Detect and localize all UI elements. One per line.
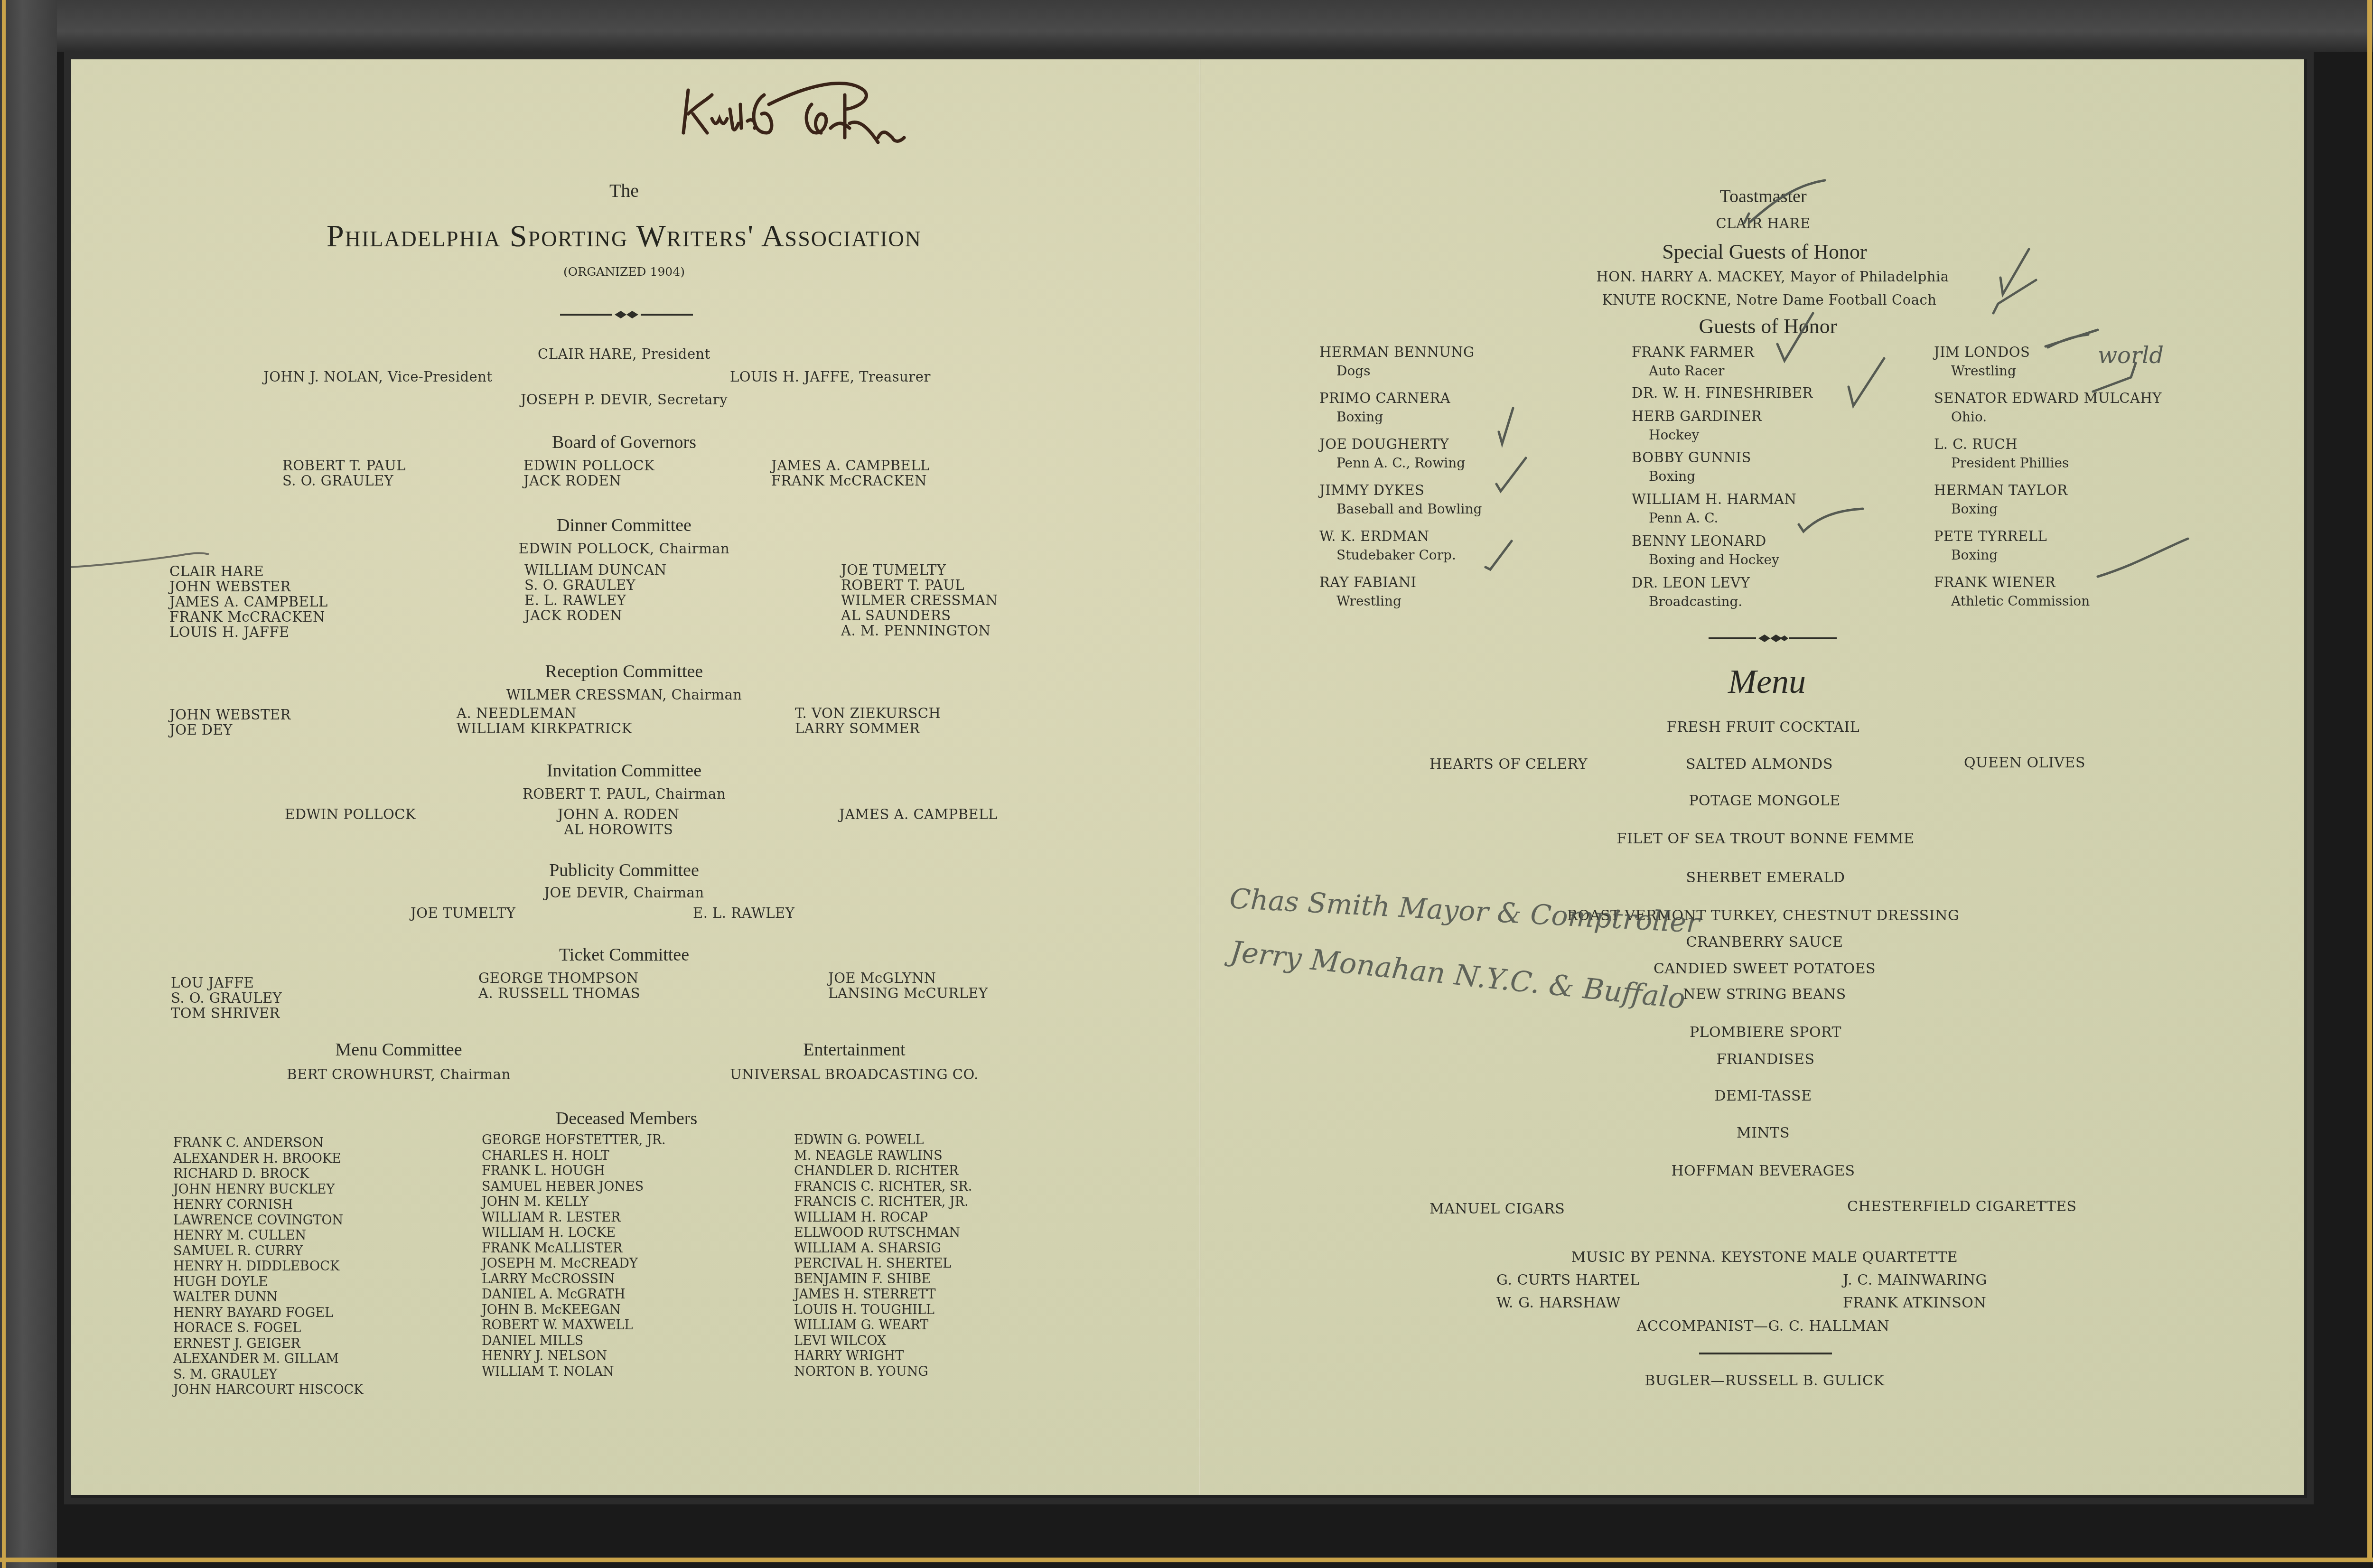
quartet-member: G. CURTS HARTEL — [1496, 1272, 1640, 1288]
deceased-member: ROBERT W. MAXWELL — [482, 1318, 666, 1334]
dinner-committee-chairman: EDWIN POLLOCK, Chairman — [519, 541, 729, 556]
dinner-col-1: CLAIR HARE JOHN WEBSTER JAMES A. CAMPBEL… — [169, 564, 328, 640]
deceased-col-1: FRANK C. ANDERSON ALEXANDER H. BROOKE RI… — [173, 1136, 363, 1398]
frame-left-rail — [0, 0, 57, 1568]
frame-top-rail — [0, 0, 2373, 52]
deceased-member: FRANCIS C. RICHTER, JR. — [794, 1195, 972, 1210]
menu-item: CRANBERRY SAUCE — [1686, 934, 1843, 951]
deceased-col-3: EDWIN G. POWELL M. NEAGLE RAWLINS CHANDL… — [794, 1133, 972, 1380]
music-heading: MUSIC BY PENNA. KEYSTONE MALE QUARTETTE — [1571, 1249, 1958, 1266]
invitation-committee-chairman: ROBERT T. PAUL, Chairman — [523, 786, 726, 802]
deceased-member: FRANK C. ANDERSON — [173, 1136, 363, 1151]
deceased-member: JOHN M. KELLY — [482, 1195, 666, 1210]
committee-member: GEORGE THOMPSON — [478, 971, 640, 986]
deceased-member: WILLIAM A. SHARSIG — [794, 1241, 972, 1257]
deceased-member: WALTER DUNN — [173, 1290, 363, 1306]
association-title: Philadelphia Sporting Writers' Associati… — [327, 218, 922, 254]
organized-date: (ORGANIZED 1904) — [563, 265, 685, 279]
pencil-checkmarks-icon: world — [1281, 171, 2302, 622]
deceased-members-heading: Deceased Members — [556, 1108, 698, 1129]
board-col-1: ROBERT T. PAUL S. O. GRAULEY — [282, 458, 406, 488]
board-member: EDWIN POLLOCK — [523, 458, 654, 473]
board-col-2: EDWIN POLLOCK JACK RODEN — [523, 458, 654, 488]
deceased-member: EDWIN G. POWELL — [794, 1133, 972, 1148]
menu-item: FILET OF SEA TROUT BONNE FEMME — [1617, 831, 1915, 847]
deceased-member: WILLIAM T. NOLAN — [482, 1364, 666, 1380]
deceased-member: JAMES H. STERRETT — [794, 1287, 972, 1303]
deceased-member: DANIEL A. McGRATH — [482, 1287, 666, 1303]
deceased-member: HENRY H. DIDDLEBOCK — [173, 1259, 363, 1275]
deceased-member: CHARLES H. HOLT — [482, 1148, 666, 1164]
deceased-member: HORACE S. FOGEL — [173, 1321, 363, 1336]
reception-col-1: JOHN WEBSTER JOE DEY — [169, 707, 291, 737]
menu-item: NEW STRING BEANS — [1683, 986, 1846, 1003]
gold-trim-left — [2, 0, 6, 1568]
committee-member: JOHN WEBSTER — [169, 579, 328, 594]
committee-member: S. O. GRAULEY — [524, 578, 667, 593]
deceased-member: WILLIAM G. WEART — [794, 1318, 972, 1334]
reception-col-3: T. VON ZIEKURSCH LARRY SOMMER — [795, 706, 941, 736]
menu-item: MINTS — [1737, 1125, 1790, 1141]
menu-heading: Menu — [1728, 662, 1806, 701]
gold-trim-right — [2367, 0, 2372, 1561]
officer-president: CLAIR HARE, President — [538, 346, 710, 362]
publicity-member: E. L. RAWLEY — [693, 905, 794, 921]
committee-member: JOHN WEBSTER — [169, 707, 291, 722]
center-fold — [1199, 59, 1201, 1495]
menu-item: POTAGE MONGOLE — [1689, 793, 1840, 809]
knute-rockne-signature-icon — [674, 76, 1101, 171]
deceased-member: ERNEST J. GEIGER — [173, 1336, 363, 1352]
deceased-member: HENRY M. CULLEN — [173, 1228, 363, 1244]
menu-item: FRIANDISES — [1716, 1051, 1814, 1068]
deceased-member: JOHN B. McKEEGAN — [482, 1303, 666, 1318]
menu-item: CANDIED SWEET POTATOES — [1654, 961, 1876, 977]
committee-member: TOM SHRIVER — [171, 1006, 282, 1021]
menu-committee-chairman: BERT CROWHURST, Chairman — [287, 1067, 511, 1082]
committee-member: JOE DEY — [169, 722, 291, 737]
invitation-col-2: JOHN A. RODEN AL HOROWITS — [558, 807, 680, 837]
deceased-member: NORTON B. YOUNG — [794, 1364, 972, 1380]
deceased-member: LEVI WILCOX — [794, 1334, 972, 1349]
invitation-committee-heading: Invitation Committee — [547, 760, 701, 781]
reception-committee-heading: Reception Committee — [545, 661, 703, 682]
menu-item: DEMI-TASSE — [1714, 1088, 1812, 1104]
invitation-col-3: JAMES A. CAMPBELL — [839, 807, 998, 822]
ornament-divider-icon — [1709, 631, 1837, 645]
bugler: BUGLER—RUSSELL B. GULICK — [1645, 1372, 1885, 1389]
ticket-committee-heading: Ticket Committee — [559, 944, 689, 965]
deceased-member: ALEXANDER H. BROOKE — [173, 1151, 363, 1167]
deceased-col-2: GEORGE HOFSTETTER, JR. CHARLES H. HOLT F… — [482, 1133, 666, 1380]
committee-member: WILLIAM KIRKPATRICK — [457, 721, 632, 736]
deceased-member: WILLIAM H. ROCAP — [794, 1210, 972, 1226]
deceased-member: HENRY BAYARD FOGEL — [173, 1306, 363, 1321]
divider-line — [1699, 1353, 1832, 1354]
deceased-member: HARRY WRIGHT — [794, 1349, 972, 1364]
committee-member: LOU JAFFE — [171, 975, 282, 990]
ticket-col-1: LOU JAFFE S. O. GRAULEY TOM SHRIVER — [171, 975, 282, 1021]
deceased-member: WILLIAM R. LESTER — [482, 1210, 666, 1226]
deceased-member: WILLIAM H. LOCKE — [482, 1225, 666, 1241]
invitation-col-1: EDWIN POLLOCK — [285, 807, 416, 822]
menu-item: PLOMBIERE SPORT — [1690, 1024, 1841, 1041]
committee-member: A. RUSSELL THOMAS — [478, 986, 640, 1001]
ticket-col-2: GEORGE THOMPSON A. RUSSELL THOMAS — [478, 971, 640, 1001]
dinner-committee-heading: Dinner Committee — [557, 515, 691, 536]
committee-member: FRANK McCRACKEN — [169, 609, 328, 625]
board-member: FRANK McCRACKEN — [771, 473, 930, 488]
officer-vice-president: JOHN J. NOLAN, Vice-President — [263, 369, 493, 384]
committee-member: JOHN A. RODEN — [558, 807, 680, 822]
deceased-member: HENRY CORNISH — [173, 1197, 363, 1213]
deceased-member: LARRY McCROSSIN — [482, 1272, 666, 1288]
menu-item: MANUEL CIGARS — [1429, 1201, 1565, 1217]
deceased-member: S. M. GRAULEY — [173, 1367, 363, 1383]
title-prefix: The — [609, 179, 639, 202]
committee-member: ROBERT T. PAUL — [841, 578, 998, 593]
entertainment-heading: Entertainment — [803, 1039, 905, 1060]
board-member: S. O. GRAULEY — [282, 473, 406, 488]
publicity-member: JOE TUMELTY — [411, 905, 515, 921]
committee-member: WILLIAM DUNCAN — [524, 562, 667, 578]
menu-item: SALTED ALMONDS — [1686, 756, 1833, 773]
committee-member: A. M. PENNINGTON — [841, 623, 998, 638]
officer-treasurer: LOUIS H. JAFFE, Treasurer — [730, 369, 931, 384]
committee-member: CLAIR HARE — [169, 564, 328, 579]
committee-member: JAMES A. CAMPBELL — [169, 594, 328, 609]
menu-item: CHESTERFIELD CIGARETTES — [1847, 1198, 2077, 1215]
deceased-member: BENJAMIN F. SHIBE — [794, 1272, 972, 1288]
deceased-member: SAMUEL HEBER JONES — [482, 1179, 666, 1195]
deceased-member: FRANCIS C. RICHTER, SR. — [794, 1179, 972, 1195]
reception-committee-chairman: WILMER CRESSMAN, Chairman — [506, 687, 742, 702]
deceased-member: HENRY J. NELSON — [482, 1349, 666, 1364]
deceased-member: LOUIS H. TOUGHILL — [794, 1303, 972, 1318]
menu-item: FRESH FRUIT COCKTAIL — [1667, 719, 1859, 736]
deceased-member: JOHN HENRY BUCKLEY — [173, 1182, 363, 1198]
accompanist: ACCOMPANIST—G. C. HALLMAN — [1637, 1318, 1889, 1335]
officer-secretary: JOSEPH P. DEVIR, Secretary — [521, 392, 728, 407]
entertainment-value: UNIVERSAL BROADCASTING CO. — [730, 1067, 979, 1082]
deceased-member: JOHN HARCOURT HISCOCK — [173, 1382, 363, 1398]
board-member: JAMES A. CAMPBELL — [771, 458, 930, 473]
ornament-divider-icon — [560, 308, 693, 322]
committee-member: JOE TUMELTY — [841, 562, 998, 578]
dinner-col-2: WILLIAM DUNCAN S. O. GRAULEY E. L. RAWLE… — [524, 562, 667, 623]
committee-member: AL HOROWITS — [558, 822, 680, 837]
deceased-member: ELLWOOD RUTSCHMAN — [794, 1225, 972, 1241]
committee-member: A. NEEDLEMAN — [457, 706, 632, 721]
board-col-3: JAMES A. CAMPBELL FRANK McCRACKEN — [771, 458, 930, 488]
board-member: JACK RODEN — [523, 473, 654, 488]
dinner-col-3: JOE TUMELTY ROBERT T. PAUL WILMER CRESSM… — [841, 562, 998, 638]
menu-item: HOFFMAN BEVERAGES — [1671, 1163, 1855, 1179]
committee-member: S. O. GRAULEY — [171, 990, 282, 1006]
deceased-member: JOSEPH M. McCREADY — [482, 1256, 666, 1272]
deceased-member: FRANK McALLISTER — [482, 1241, 666, 1257]
board-member: ROBERT T. PAUL — [282, 458, 406, 473]
gold-trim-bottom — [0, 1558, 2373, 1562]
quartet-member: W. G. HARSHAW — [1496, 1295, 1621, 1311]
menu-committee-heading: Menu Committee — [335, 1039, 462, 1060]
deceased-member: HUGH DOYLE — [173, 1275, 363, 1290]
deceased-member: LAWRENCE COVINGTON — [173, 1213, 363, 1229]
deceased-member: RICHARD D. BROCK — [173, 1167, 363, 1182]
quartet-member: FRANK ATKINSON — [1843, 1295, 1986, 1311]
deceased-member: ALEXANDER M. GILLAM — [173, 1352, 363, 1367]
committee-member: WILMER CRESSMAN — [841, 593, 998, 608]
deceased-member: PERCIVAL H. SHERTEL — [794, 1256, 972, 1272]
deceased-member: M. NEAGLE RAWLINS — [794, 1148, 972, 1164]
menu-item: HEARTS OF CELERY — [1429, 756, 1588, 773]
committee-member: LARRY SOMMER — [795, 721, 941, 736]
publicity-committee-chairman: JOE DEVIR, Chairman — [544, 885, 704, 900]
committee-member: T. VON ZIEKURSCH — [795, 706, 941, 721]
reception-col-2: A. NEEDLEMAN WILLIAM KIRKPATRICK — [457, 706, 632, 736]
committee-member: JOE McGLYNN — [828, 971, 988, 986]
committee-member: LANSING McCURLEY — [828, 986, 988, 1001]
committee-member: JACK RODEN — [524, 608, 667, 623]
deceased-member: FRANK L. HOUGH — [482, 1164, 666, 1179]
quartet-member: J. C. MAINWARING — [1843, 1272, 1987, 1288]
menu-item: SHERBET EMERALD — [1686, 869, 1845, 886]
deceased-member: GEORGE HOFSTETTER, JR. — [482, 1133, 666, 1148]
committee-member: AL SAUNDERS — [841, 608, 998, 623]
committee-member: JAMES A. CAMPBELL — [839, 807, 998, 822]
committee-member: E. L. RAWLEY — [524, 593, 667, 608]
deceased-member: CHANDLER D. RICHTER — [794, 1164, 972, 1179]
publicity-committee-heading: Publicity Committee — [549, 860, 699, 881]
svg-text:world: world — [2098, 342, 2164, 369]
committee-member: LOUIS H. JAFFE — [169, 625, 328, 640]
menu-item: QUEEN OLIVES — [1964, 755, 2085, 771]
board-of-governors-heading: Board of Governors — [552, 432, 696, 453]
committee-member: EDWIN POLLOCK — [285, 807, 416, 822]
deceased-member: SAMUEL R. CURRY — [173, 1244, 363, 1260]
deceased-member: DANIEL MILLS — [482, 1334, 666, 1349]
ticket-col-3: JOE McGLYNN LANSING McCURLEY — [828, 971, 988, 1001]
